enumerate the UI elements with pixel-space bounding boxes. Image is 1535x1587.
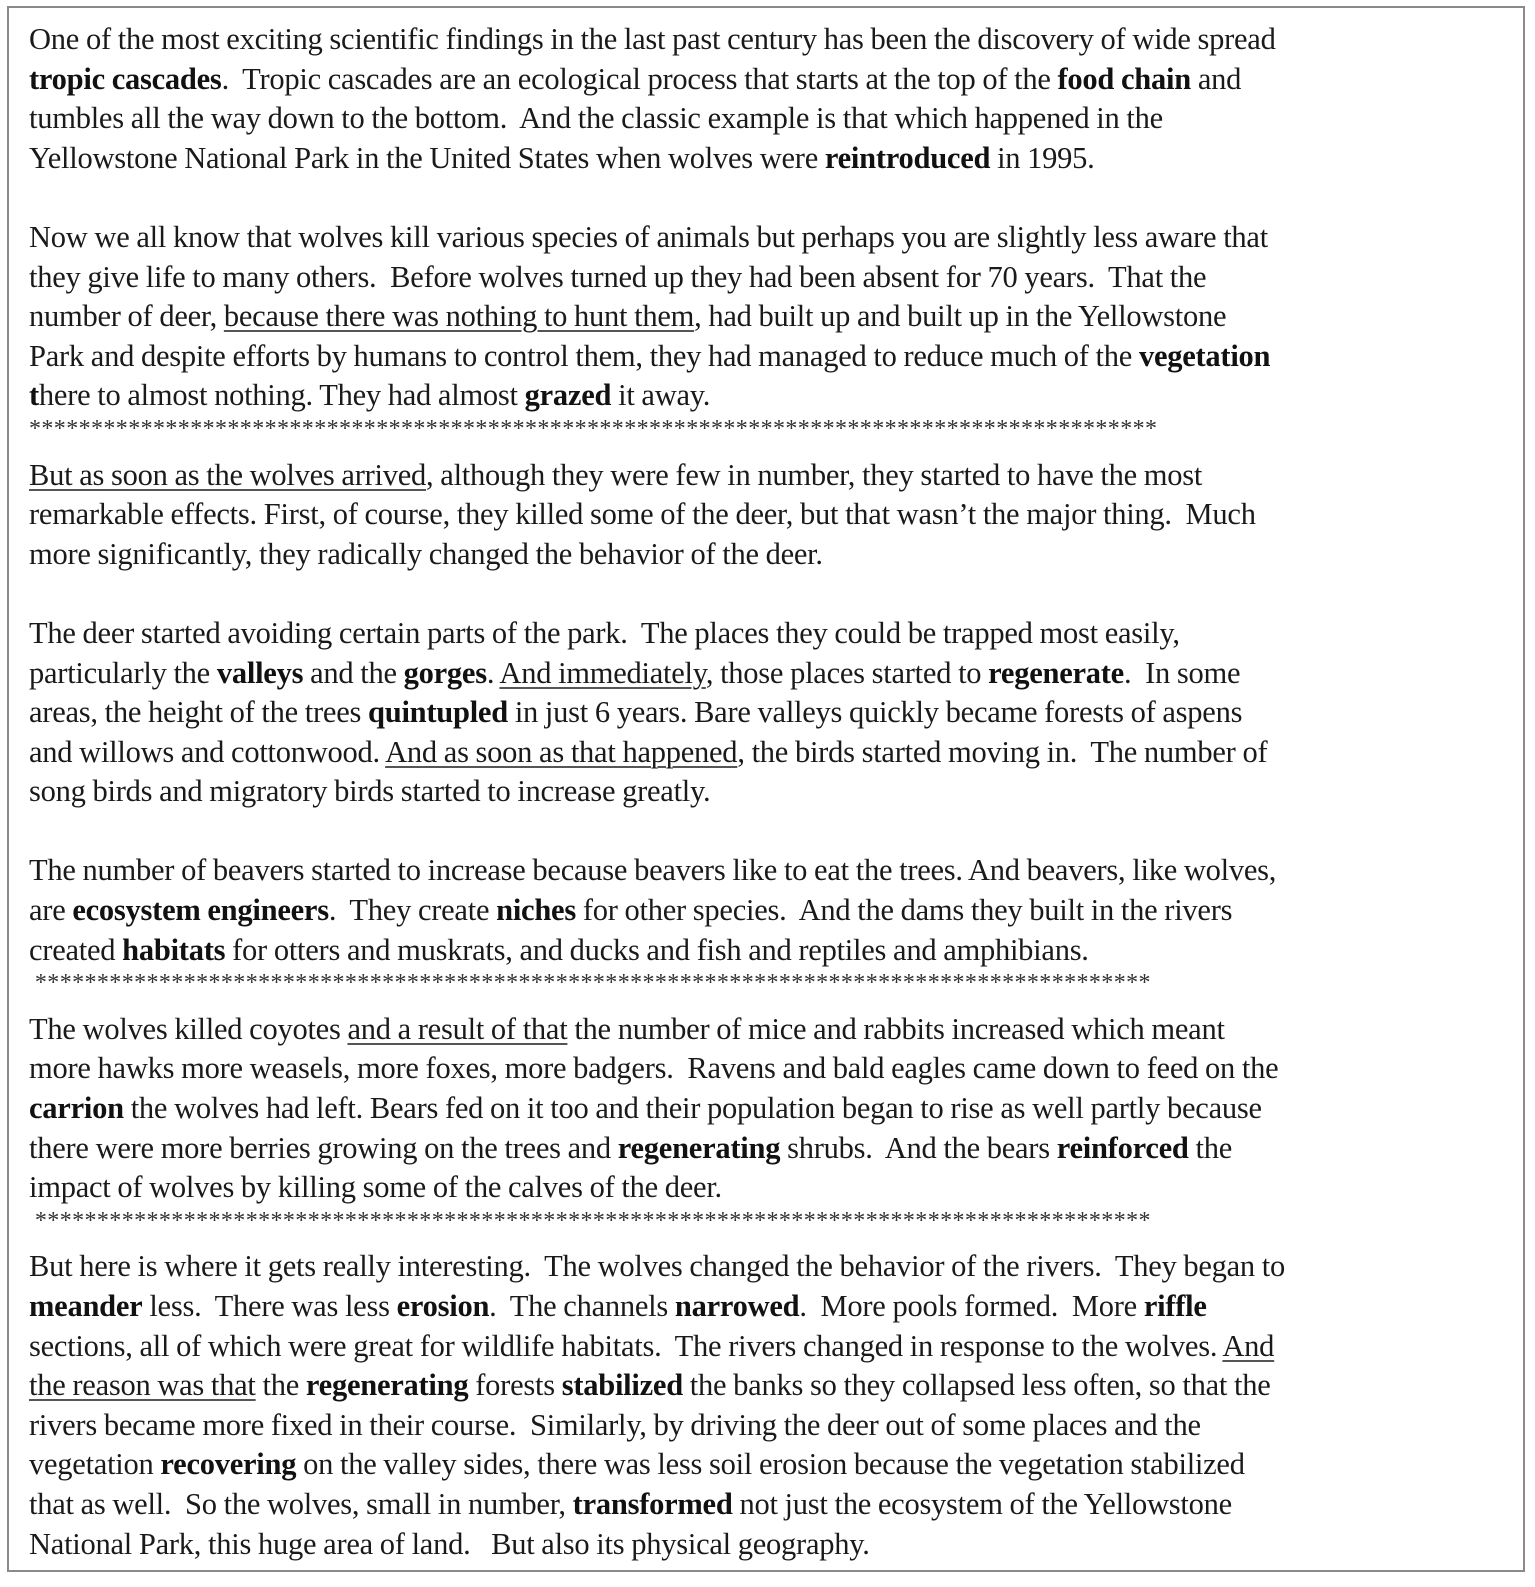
text-line: more hawks more weasels, more foxes, mor… xyxy=(29,1049,1513,1089)
paragraph-p2: Now we all know that wolves kill various… xyxy=(29,218,1513,416)
text-run: it away. xyxy=(611,378,710,412)
text-line: rivers became more fixed in their course… xyxy=(29,1406,1513,1446)
section-separator: ****************************************… xyxy=(29,410,1513,450)
bold-term: transformed xyxy=(573,1487,733,1521)
text-run: The deer started avoiding certain parts … xyxy=(29,616,1180,650)
text-line: Now we all know that wolves kill various… xyxy=(29,218,1513,258)
text-run: areas, the height of the trees xyxy=(29,695,368,729)
bold-term: riffle xyxy=(1144,1289,1207,1323)
text-run: . More pools formed. More xyxy=(799,1289,1143,1323)
underlined-phrase: And as soon as that happened xyxy=(385,735,737,769)
text-line: National Park, this huge area of land. B… xyxy=(29,1525,1513,1565)
text-line: Park and despite efforts by humans to co… xyxy=(29,337,1513,377)
text-line: But as soon as the wolves arrived, altho… xyxy=(29,456,1513,496)
text-run: they give life to many others. Before wo… xyxy=(29,260,1206,294)
bold-term: stabilized xyxy=(562,1368,683,1402)
document-frame: One of the most exciting scientific find… xyxy=(7,6,1525,1572)
section-separator: ****************************************… xyxy=(29,1202,1513,1242)
text-line: One of the most exciting scientific find… xyxy=(29,20,1513,60)
paragraph-spacer xyxy=(29,574,1513,614)
text-line: are ecosystem engineers. They create nic… xyxy=(29,891,1513,931)
bold-term: erosion xyxy=(397,1289,490,1323)
text-line: vegetation recovering on the valley side… xyxy=(29,1445,1513,1485)
text-run: the wolves had left. Bears fed on it too… xyxy=(124,1091,1262,1125)
bold-term: valleys xyxy=(217,656,303,690)
text-run: that as well. So the wolves, small in nu… xyxy=(29,1487,573,1521)
text-run: less. There was less xyxy=(142,1289,396,1323)
text-run: , although they were few in number, they… xyxy=(426,458,1202,492)
text-run: Yellowstone National Park in the United … xyxy=(29,141,825,175)
underlined-phrase: because there was nothing to hunt them xyxy=(224,299,694,333)
text-run: . The channels xyxy=(489,1289,675,1323)
underlined-phrase: And immediately xyxy=(499,656,705,690)
text-run: more hawks more weasels, more foxes, mor… xyxy=(29,1051,1278,1085)
text-line: areas, the height of the trees quintuple… xyxy=(29,693,1513,733)
text-run: particularly the xyxy=(29,656,217,690)
text-line: carrion the wolves had left. Bears fed o… xyxy=(29,1089,1513,1129)
text-run: . Tropic cascades are an ecological proc… xyxy=(222,62,1058,96)
text-run: not just the ecosystem of the Yellowston… xyxy=(733,1487,1232,1521)
bold-term: vegetation xyxy=(1139,339,1270,373)
text-run: created xyxy=(29,933,122,967)
text-run: in just 6 years. Bare valleys quickly be… xyxy=(508,695,1242,729)
bold-term: regenerating xyxy=(618,1131,780,1165)
text-run: the xyxy=(1189,1131,1232,1165)
text-line: that as well. So the wolves, small in nu… xyxy=(29,1485,1513,1525)
text-run: The wolves killed coyotes xyxy=(29,1012,347,1046)
paragraph-p5: The number of beavers started to increas… xyxy=(29,851,1513,970)
text-line: The deer started avoiding certain parts … xyxy=(29,614,1513,654)
text-line: particularly the valleys and the gorges.… xyxy=(29,654,1513,694)
text-run: . They create xyxy=(329,893,496,927)
paragraph-p3: But as soon as the wolves arrived, altho… xyxy=(29,456,1513,575)
paragraph-p1: One of the most exciting scientific find… xyxy=(29,20,1513,178)
text-run: on the valley sides, there was less soil… xyxy=(296,1447,1244,1481)
text-run: forests xyxy=(468,1368,561,1402)
bold-term: carrion xyxy=(29,1091,124,1125)
text-line: song birds and migratory birds started t… xyxy=(29,772,1513,812)
bold-term: tropic cascades xyxy=(29,62,222,96)
text-line: tropic cascades. Tropic cascades are an … xyxy=(29,60,1513,100)
text-line: there were more berries growing on the t… xyxy=(29,1129,1513,1169)
text-line: The number of beavers started to increas… xyxy=(29,851,1513,891)
bold-term: reinforced xyxy=(1057,1131,1189,1165)
text-line: number of deer, because there was nothin… xyxy=(29,297,1513,337)
text-line: But here is where it gets really interes… xyxy=(29,1247,1513,1287)
text-run: The number of beavers started to increas… xyxy=(29,853,1276,887)
underlined-phrase: And xyxy=(1222,1329,1274,1363)
text-line: meander less. There was less erosion. Th… xyxy=(29,1287,1513,1327)
paragraph-p7: But here is where it gets really interes… xyxy=(29,1247,1513,1564)
text-run: But here is where it gets really interes… xyxy=(29,1249,1285,1283)
text-run: the banks so they collapsed less often, … xyxy=(683,1368,1271,1402)
paragraph-p6: The wolves killed coyotes and a result o… xyxy=(29,1010,1513,1208)
text-run: more significantly, they radically chang… xyxy=(29,537,823,571)
bold-term: ecosystem engineers xyxy=(72,893,328,927)
text-run: shrubs. And the bears xyxy=(780,1131,1056,1165)
text-line: more significantly, they radically chang… xyxy=(29,535,1513,575)
text-line: remarkable effects. First, of course, th… xyxy=(29,495,1513,535)
text-line: and willows and cottonwood. And as soon … xyxy=(29,733,1513,773)
paragraph-spacer xyxy=(29,812,1513,852)
text-run: number of deer, xyxy=(29,299,224,333)
text-run: vegetation xyxy=(29,1447,160,1481)
text-run: impact of wolves by killing some of the … xyxy=(29,1170,722,1204)
bold-term: recovering xyxy=(160,1447,296,1481)
text-run: are xyxy=(29,893,72,927)
underlined-phrase: the reason was that xyxy=(29,1368,256,1402)
bold-term: regenerate xyxy=(988,656,1124,690)
bold-term: habitats xyxy=(122,933,225,967)
text-run: sections, all of which were great for wi… xyxy=(29,1329,1222,1363)
section-separator: ****************************************… xyxy=(29,964,1513,1004)
text-run: . In some xyxy=(1124,656,1240,690)
document-body: One of the most exciting scientific find… xyxy=(29,20,1513,1564)
bold-term: meander xyxy=(29,1289,142,1323)
underlined-phrase: But as soon as the wolves arrived xyxy=(29,458,426,492)
text-run: tumbles all the way down to the bottom. … xyxy=(29,101,1163,135)
text-run: One of the most exciting scientific find… xyxy=(29,22,1276,56)
text-run: , had built up and built up in the Yello… xyxy=(694,299,1226,333)
text-run: , those places started to xyxy=(706,656,988,690)
bold-term: food chain xyxy=(1058,62,1191,96)
text-line: sections, all of which were great for wi… xyxy=(29,1327,1513,1367)
text-run: remarkable effects. First, of course, th… xyxy=(29,497,1256,531)
text-line: they give life to many others. Before wo… xyxy=(29,258,1513,298)
paragraph-p4: The deer started avoiding certain parts … xyxy=(29,614,1513,812)
bold-term: quintupled xyxy=(368,695,508,729)
bold-term: niches xyxy=(496,893,576,927)
text-line: the reason was that the regenerating for… xyxy=(29,1366,1513,1406)
text-run: and xyxy=(1191,62,1241,96)
text-run: rivers became more fixed in their course… xyxy=(29,1408,1201,1442)
bold-term: t xyxy=(29,378,39,412)
bold-term: gorges xyxy=(404,656,487,690)
text-run: the xyxy=(256,1368,306,1402)
bold-term: regenerating xyxy=(306,1368,468,1402)
text-run: . xyxy=(487,656,500,690)
text-run: the number of mice and rabbits increased… xyxy=(567,1012,1224,1046)
text-run: , the birds started moving in. The numbe… xyxy=(737,735,1267,769)
text-run: for other species. And the dams they bui… xyxy=(576,893,1232,927)
text-line: The wolves killed coyotes and a result o… xyxy=(29,1010,1513,1050)
text-run: National Park, this huge area of land. B… xyxy=(29,1527,870,1561)
bold-term: reintroduced xyxy=(825,141,990,175)
text-run: Park and despite efforts by humans to co… xyxy=(29,339,1139,373)
underlined-phrase: and a result of that xyxy=(347,1012,567,1046)
paragraph-spacer xyxy=(29,178,1513,218)
text-run: song birds and migratory birds started t… xyxy=(29,774,710,808)
text-run: there were more berries growing on the t… xyxy=(29,1131,618,1165)
bold-term: narrowed xyxy=(675,1289,800,1323)
text-line: tumbles all the way down to the bottom. … xyxy=(29,99,1513,139)
text-run: and the xyxy=(303,656,403,690)
text-run: here to almost nothing. They had almost xyxy=(39,378,525,412)
text-run: in 1995. xyxy=(990,141,1094,175)
text-run: and willows and cottonwood. xyxy=(29,735,385,769)
text-run: for otters and muskrats, and ducks and f… xyxy=(225,933,1088,967)
text-run: Now we all know that wolves kill various… xyxy=(29,220,1268,254)
text-line: Yellowstone National Park in the United … xyxy=(29,139,1513,179)
bold-term: grazed xyxy=(525,378,612,412)
